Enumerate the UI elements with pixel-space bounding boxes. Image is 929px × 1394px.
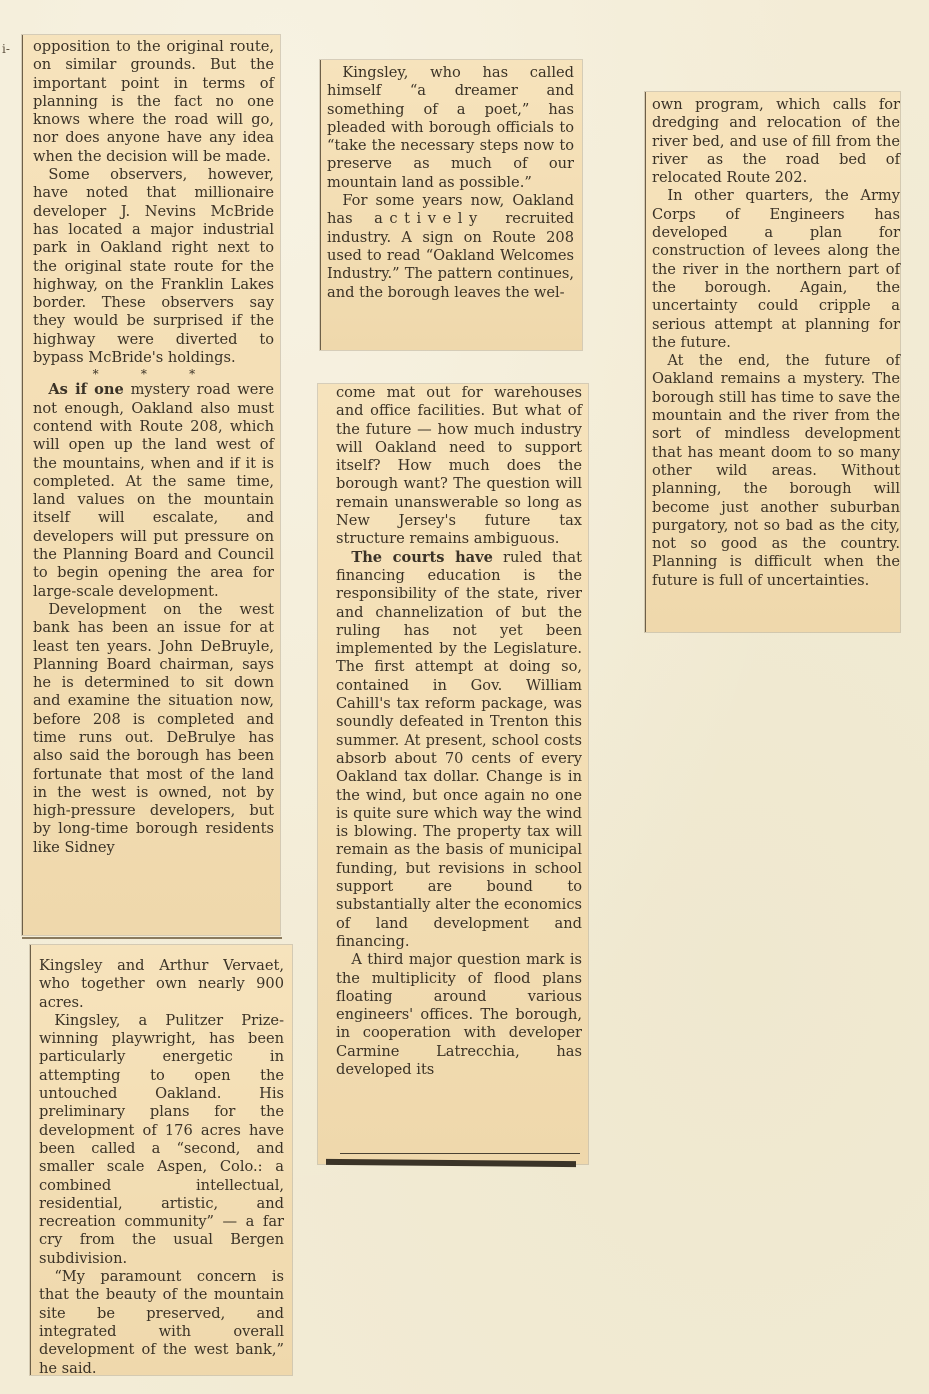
cut-line [340, 1153, 580, 1154]
paragraph: “My paramount concern is that the beauty… [39, 1268, 284, 1378]
paragraph: Kingsley, a Pulitzer Prize-winning playw… [39, 1012, 284, 1268]
clipping-text: opposition to the original route, on sim… [33, 38, 274, 367]
cut-line [22, 937, 282, 939]
paragraph: At the end, the future of Oakland remain… [652, 352, 900, 590]
clipping-text: As if one mystery road were not enough, … [33, 381, 274, 857]
clipping-middle-upper: Kingsley, who has called himself “a drea… [320, 60, 582, 350]
paragraph: The courts have ruled that financing edu… [336, 549, 582, 952]
clipping-left-lower: Kingsley and Arthur Vervaet, who togethe… [30, 945, 292, 1375]
paragraph: own program, which calls for dredging an… [652, 96, 900, 187]
clipping-text: Kingsley, who has called himself “a drea… [327, 64, 574, 302]
paragraph: Kingsley and Arthur Vervaet, who togethe… [39, 957, 284, 1012]
paragraph: come mat out for warehouses and office f… [336, 384, 582, 549]
paragraph: Some observers, however, have noted that… [33, 166, 274, 367]
clipping-middle-lower: come mat out for warehouses and office f… [318, 384, 588, 1164]
paragraph: For some years now, Oakland has actively… [327, 192, 574, 302]
clipping-right: own program, which calls for dredging an… [645, 92, 900, 632]
lead-in: As if one [48, 381, 123, 398]
paragraph: Kingsley, who has called himself “a drea… [327, 64, 574, 192]
paragraph: opposition to the original route, on sim… [33, 38, 274, 166]
paragraph: In other quarters, the Army Corps of Eng… [652, 187, 900, 352]
clipping-text: own program, which calls for dredging an… [652, 96, 900, 590]
paragraph: As if one mystery road were not enough, … [33, 381, 274, 601]
clipping-text: Kingsley and Arthur Vervaet, who togethe… [39, 957, 284, 1378]
paragraph: Development on the west bank has been an… [33, 601, 274, 857]
clipping-text: come mat out for warehouses and office f… [336, 384, 582, 1079]
column-rule [326, 1159, 576, 1167]
section-separator: * * * [33, 367, 274, 381]
letterspaced-word: actively [374, 210, 484, 227]
clipping-left-upper: opposition to the original route, on sim… [22, 35, 280, 935]
edge-fragment: i- [2, 42, 10, 56]
lead-in: The courts have [351, 549, 493, 566]
paragraph: A third major question mark is the multi… [336, 951, 582, 1079]
